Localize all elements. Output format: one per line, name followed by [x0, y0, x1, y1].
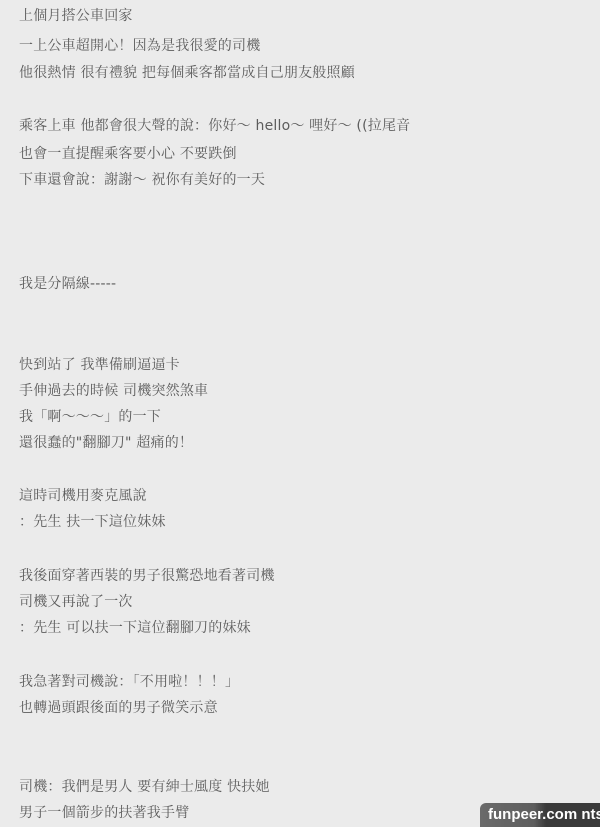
post-line-4: 乘客上車 他都會很大聲的說：你好～ hello～ 哩好～ ((拉尾音	[19, 117, 410, 135]
post-line-8: 快到站了 我準備刷逼逼卡	[19, 356, 180, 374]
post-line-12: 這時司機用麥克風說	[19, 487, 147, 505]
post-line-9: 手伸過去的時候 司機突然煞車	[19, 382, 208, 400]
post-line-3: 他很熱情 很有禮貌 把每個乘客都當成自己朋友般照顧	[19, 64, 355, 82]
post-line-15: 司機又再說了一次	[19, 593, 133, 611]
post-line-17: 我急著對司機說：「不用啦！！！」	[19, 673, 239, 691]
post-line-6: 下車還會說：謝謝～ 祝你有美好的一天	[19, 171, 265, 189]
post-line-14: 我後面穿著西裝的男子很驚恐地看著司機	[19, 567, 275, 585]
post-line-13: ：先生 扶一下這位妹妹	[19, 513, 166, 531]
watermark-badge: funpeer.com nts	[480, 803, 600, 827]
post-line-20: 男子一個箭步的扶著我手臂	[19, 804, 189, 822]
post-line-2: 一上公車超開心！因為是我很愛的司機	[19, 37, 260, 55]
post-line-1: 上個月搭公車回家	[19, 7, 133, 25]
post-line-5: 也會一直提醒乘客要小心 不要跌倒	[19, 145, 237, 163]
post-line-19: 司機：我們是男人 要有紳士風度 快扶她	[19, 778, 270, 796]
separator-line: 我是分隔線-----	[19, 275, 116, 293]
post-line-10: 我「啊～～～」的一下	[19, 408, 161, 426]
post-line-11: 還很蠢的"翻腳刀" 超痛的！	[19, 434, 193, 452]
post-line-16: ：先生 可以扶一下這位翻腳刀的妹妹	[19, 619, 251, 637]
post-line-18: 也轉過頭跟後面的男子微笑示意	[19, 699, 218, 717]
